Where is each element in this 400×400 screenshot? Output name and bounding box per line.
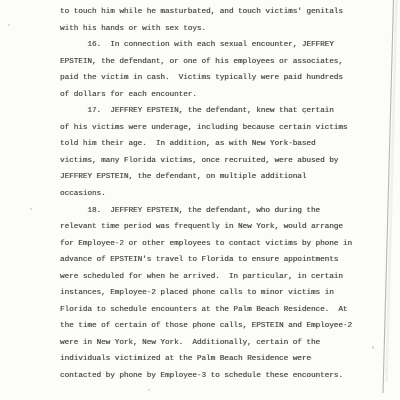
scanned-document-page: to touch him while he masturbated, and t…	[0, 0, 400, 400]
scan-speck	[8, 24, 10, 26]
paragraph-15-continuation: to touch him while he masturbated, and t…	[60, 4, 390, 37]
scan-speck	[372, 346, 374, 349]
paragraph-18: 18. JEFFREY EPSTEIN, the defendant, who …	[60, 203, 390, 385]
paragraph-17: 17. JEFFREY EPSTEIN, the defendant, knew…	[60, 103, 390, 202]
document-body: to touch him while he masturbated, and t…	[60, 4, 390, 385]
scan-speck	[310, 357, 312, 359]
scan-speck	[304, 111, 306, 114]
scan-speck	[148, 389, 150, 391]
paragraph-16: 16. In connection with each sexual encou…	[60, 37, 390, 103]
scan-speck	[30, 208, 32, 210]
